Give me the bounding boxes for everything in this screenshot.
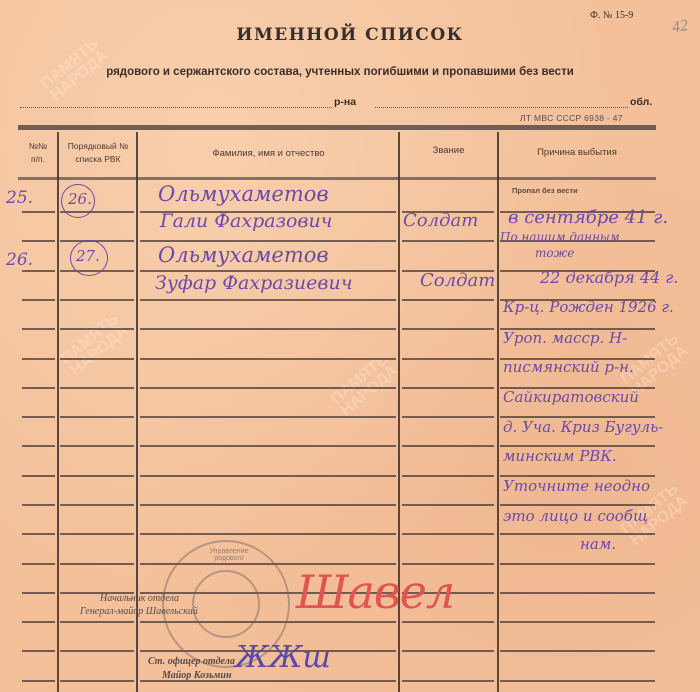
- row-line: [22, 680, 55, 682]
- row-number: 26.: [6, 250, 33, 270]
- reason-stamp: Пропал без вести: [512, 186, 578, 195]
- row-line: [60, 563, 134, 565]
- rank: Солдат: [403, 210, 478, 231]
- name-patronymic: Зуфар Фахразиевич: [155, 272, 353, 294]
- oblast-label: обл.: [630, 96, 652, 110]
- rvk-number: 27.: [76, 247, 100, 265]
- row-line: [402, 240, 494, 242]
- row-line: [402, 533, 494, 535]
- row-line: [22, 270, 55, 272]
- district-field: [20, 98, 332, 108]
- header-rule: [18, 125, 656, 130]
- form-number: Ф. № 15-9: [590, 10, 633, 21]
- row-line: [22, 387, 55, 389]
- row-line: [60, 504, 134, 506]
- col-header-rank: Звание: [399, 144, 498, 157]
- watermark: ПАМЯТЬНАРОДА: [328, 351, 400, 418]
- surname: Ольмухаметов: [158, 182, 329, 206]
- row-line: [60, 416, 134, 418]
- printer-mark: ЛТ МВС СССР 6938 - 47: [520, 113, 623, 123]
- row-line: [402, 299, 494, 301]
- col-header-reason: Причина выбытия: [498, 146, 656, 159]
- row-line: [22, 621, 55, 623]
- chief-title: Начальник отдела: [100, 593, 179, 604]
- row-line: [60, 299, 134, 301]
- reason-line: нам.: [580, 535, 616, 553]
- reason-line: это лицо и сообщ: [503, 507, 648, 525]
- stamp-emblem: [192, 570, 260, 638]
- reason-line: Кр-ц. Рожден 1926 г.: [503, 298, 674, 316]
- row-line: [22, 445, 55, 447]
- row-line: [140, 299, 396, 301]
- row-line: [60, 650, 134, 652]
- chief-signature: Шавел: [296, 565, 454, 619]
- reason-line: Уроп. масср. Н-: [503, 329, 627, 347]
- reason-line: тоже: [535, 246, 574, 260]
- row-line: [22, 358, 55, 360]
- reason-line: 22 декабря 44 г.: [540, 268, 678, 287]
- row-line: [140, 416, 396, 418]
- row-line: [500, 650, 655, 652]
- reason-line: Уточните неодно: [503, 477, 650, 495]
- row-line: [402, 475, 494, 477]
- row-line: [22, 299, 55, 301]
- rank: Солдат: [420, 270, 495, 291]
- reason-line: По нашим данным: [500, 230, 620, 244]
- row-line: [22, 592, 55, 594]
- row-line: [402, 680, 494, 682]
- row-line: [402, 650, 494, 652]
- row-line: [22, 563, 55, 565]
- row-line: [140, 387, 396, 389]
- column-divider: [497, 132, 499, 692]
- row-line: [500, 680, 655, 682]
- row-line: [402, 621, 494, 623]
- row-line: [60, 621, 134, 623]
- stamp-text: Управление рядового: [194, 548, 264, 562]
- surname: Ольмухаметов: [158, 243, 329, 267]
- reason-line: в сентябре 41 г.: [508, 207, 668, 228]
- row-line: [500, 533, 655, 535]
- row-line: [22, 240, 55, 242]
- col-header-num: №№ п/п.: [18, 140, 58, 166]
- row-line: [140, 504, 396, 506]
- row-line: [22, 211, 55, 213]
- row-line: [22, 650, 55, 652]
- oblast-field: [375, 98, 628, 108]
- row-line: [60, 680, 134, 682]
- row-line: [60, 533, 134, 535]
- row-line: [140, 240, 396, 242]
- row-line: [22, 533, 55, 535]
- name-patronymic: Гали Фахразович: [160, 210, 333, 232]
- row-line: [402, 328, 494, 330]
- row-line: [22, 416, 55, 418]
- officer-signature: ЖЖш: [235, 640, 331, 675]
- row-line: [500, 621, 655, 623]
- row-line: [60, 475, 134, 477]
- row-line: [402, 504, 494, 506]
- row-line: [60, 328, 134, 330]
- col-header-name: Фамилия, имя и отчество: [138, 147, 399, 160]
- row-line: [402, 387, 494, 389]
- officer-title: Ст. офицер отдела: [148, 656, 235, 667]
- row-line: [500, 504, 655, 506]
- row-line: [140, 475, 396, 477]
- chief-name: Генерал-майор Шавельский: [80, 606, 198, 617]
- row-line: [140, 358, 396, 360]
- row-line: [402, 358, 494, 360]
- district-label: р-на: [334, 96, 356, 110]
- row-line: [22, 475, 55, 477]
- row-line: [500, 592, 655, 594]
- rvk-number: 26.: [68, 190, 92, 208]
- row-line: [140, 445, 396, 447]
- column-divider: [57, 132, 59, 692]
- reason-line: минским РВК.: [503, 447, 617, 465]
- col-header-rvk: Порядковый № списка РВК: [58, 140, 138, 166]
- row-line: [60, 358, 134, 360]
- reason-line: д. Уча. Криз Бугуль-: [503, 418, 663, 436]
- row-line: [402, 416, 494, 418]
- page-subtitle: рядового и сержантского состава, учтенны…: [20, 66, 660, 78]
- row-line: [22, 504, 55, 506]
- header-bottom-rule: [18, 177, 656, 180]
- row-line: [60, 445, 134, 447]
- row-line: [22, 328, 55, 330]
- row-line: [60, 387, 134, 389]
- reason-line: писмянский р-н.: [503, 358, 634, 376]
- page-title: ИМЕННОЙ СПИСОК: [0, 25, 700, 45]
- row-line: [140, 328, 396, 330]
- row-line: [500, 563, 655, 565]
- row-line: [140, 533, 396, 535]
- row-line: [402, 445, 494, 447]
- watermark: ПАМЯТЬНАРОДА: [58, 311, 130, 378]
- reason-line: Сайкиратовский: [503, 388, 639, 406]
- row-number: 25.: [6, 188, 33, 208]
- officer-name: Майор Козьмин: [162, 670, 232, 681]
